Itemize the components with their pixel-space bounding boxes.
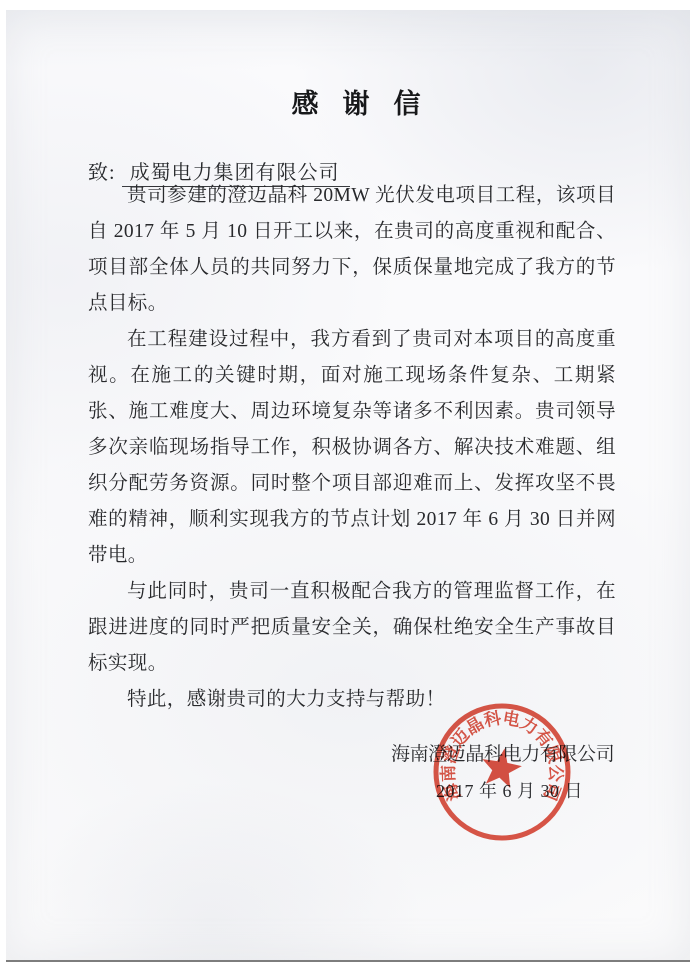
letter-paragraph: 贵司参建的澄迈晶科 20MW 光伏发电项目工程，该项目自 2017 年 5 月 … (88, 178, 616, 322)
page-title: 感谢信 (6, 82, 690, 121)
letter-page: 感谢信 致: 成蜀电力集团有限公司 贵司参建的澄迈晶科 20MW 光伏发电项目工… (6, 10, 690, 962)
star-icon (478, 745, 524, 789)
letter-paragraph: 在工程建设过程中，我方看到了贵司对本项目的高度重视。在施工的关键时期，面对施工现… (88, 322, 616, 574)
company-seal: 海南澄迈晶科电力有限公司 (427, 698, 577, 848)
letter-paragraph: 与此同时，贵司一直积极配合我方的管理监督工作，在跟进进度的同时严把质量安全关，确… (88, 574, 616, 682)
letter-body: 贵司参建的澄迈晶科 20MW 光伏发电项目工程，该项目自 2017 年 5 月 … (88, 178, 616, 718)
